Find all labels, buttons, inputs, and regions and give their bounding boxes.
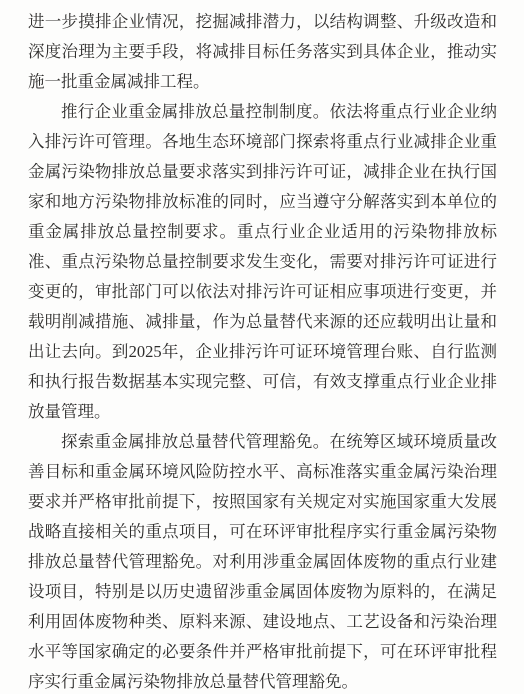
document-body: 进一步摸排企业情况，挖掘减排潜力，以结构调整、升级改造和深度治理为主要手段，将减…	[28, 7, 497, 694]
text-line: 变更的，审批部门可以依法对排污许可证相应事项进行变更，并	[28, 277, 497, 307]
text-line: 家和地方污染物排放标准的同时，应当遵守分解落实到本单位的	[28, 187, 497, 217]
text-line: 推行企业重金属排放总量控制制度。依法将重点行业企业纳	[28, 97, 497, 127]
text-line: 金属污染物排放总量要求落实到排污许可证，减排企业在执行国	[28, 157, 497, 187]
text-line: 要求并严格审批前提下，按照国家有关规定对实施国家重大发展	[28, 487, 497, 517]
text-line: 和执行报告数据基本实现完整、可信，有效支撑重点行业企业排	[28, 367, 497, 397]
text-line: 重金属排放总量控制要求。重点行业企业适用的污染物排放标	[28, 217, 497, 247]
text-line: 载明削减措施、减排量，作为总量替代来源的还应载明出让量和	[28, 307, 497, 337]
text-line: 施一批重金属减排工程。	[28, 67, 497, 97]
text-line: 出让去向。到2025年，企业排污许可证环境管理台账、自行监测	[28, 337, 497, 367]
text-line: 设项目，特别是以历史遗留涉重金属固体废物为原料的，在满足	[28, 577, 497, 607]
text-line: 善目标和重金属环境风险防控水平、高标准落实重金属污染治理	[28, 457, 497, 487]
text-line: 序实行重金属污染物排放总量替代管理豁免。	[28, 667, 497, 694]
text-line: 探索重金属排放总量替代管理豁免。在统筹区域环境质量改	[28, 427, 497, 457]
text-line: 进一步摸排企业情况，挖掘减排潜力，以结构调整、升级改造和	[28, 7, 497, 37]
text-line: 放量管理。	[28, 397, 497, 427]
text-line: 深度治理为主要手段，将减排目标任务落实到具体企业，推动实	[28, 37, 497, 67]
text-line: 利用固体废物种类、原料来源、建设地点、工艺设备和污染治理	[28, 607, 497, 637]
text-line: 排放总量替代管理豁免。对利用涉重金属固体废物的重点行业建	[28, 547, 497, 577]
text-line: 战略直接相关的重点项目，可在环评审批程序实行重金属污染物	[28, 517, 497, 547]
document-page: 进一步摸排企业情况，挖掘减排潜力，以结构调整、升级改造和深度治理为主要手段，将减…	[0, 0, 524, 694]
text-line: 入排污许可管理。各地生态环境部门探索将重点行业减排企业重	[28, 127, 497, 157]
text-line: 准、重点污染物总量控制要求发生变化，需要对排污许可证进行	[28, 247, 497, 277]
text-line: 水平等国家确定的必要条件并严格审批前提下，可在环评审批程	[28, 637, 497, 667]
